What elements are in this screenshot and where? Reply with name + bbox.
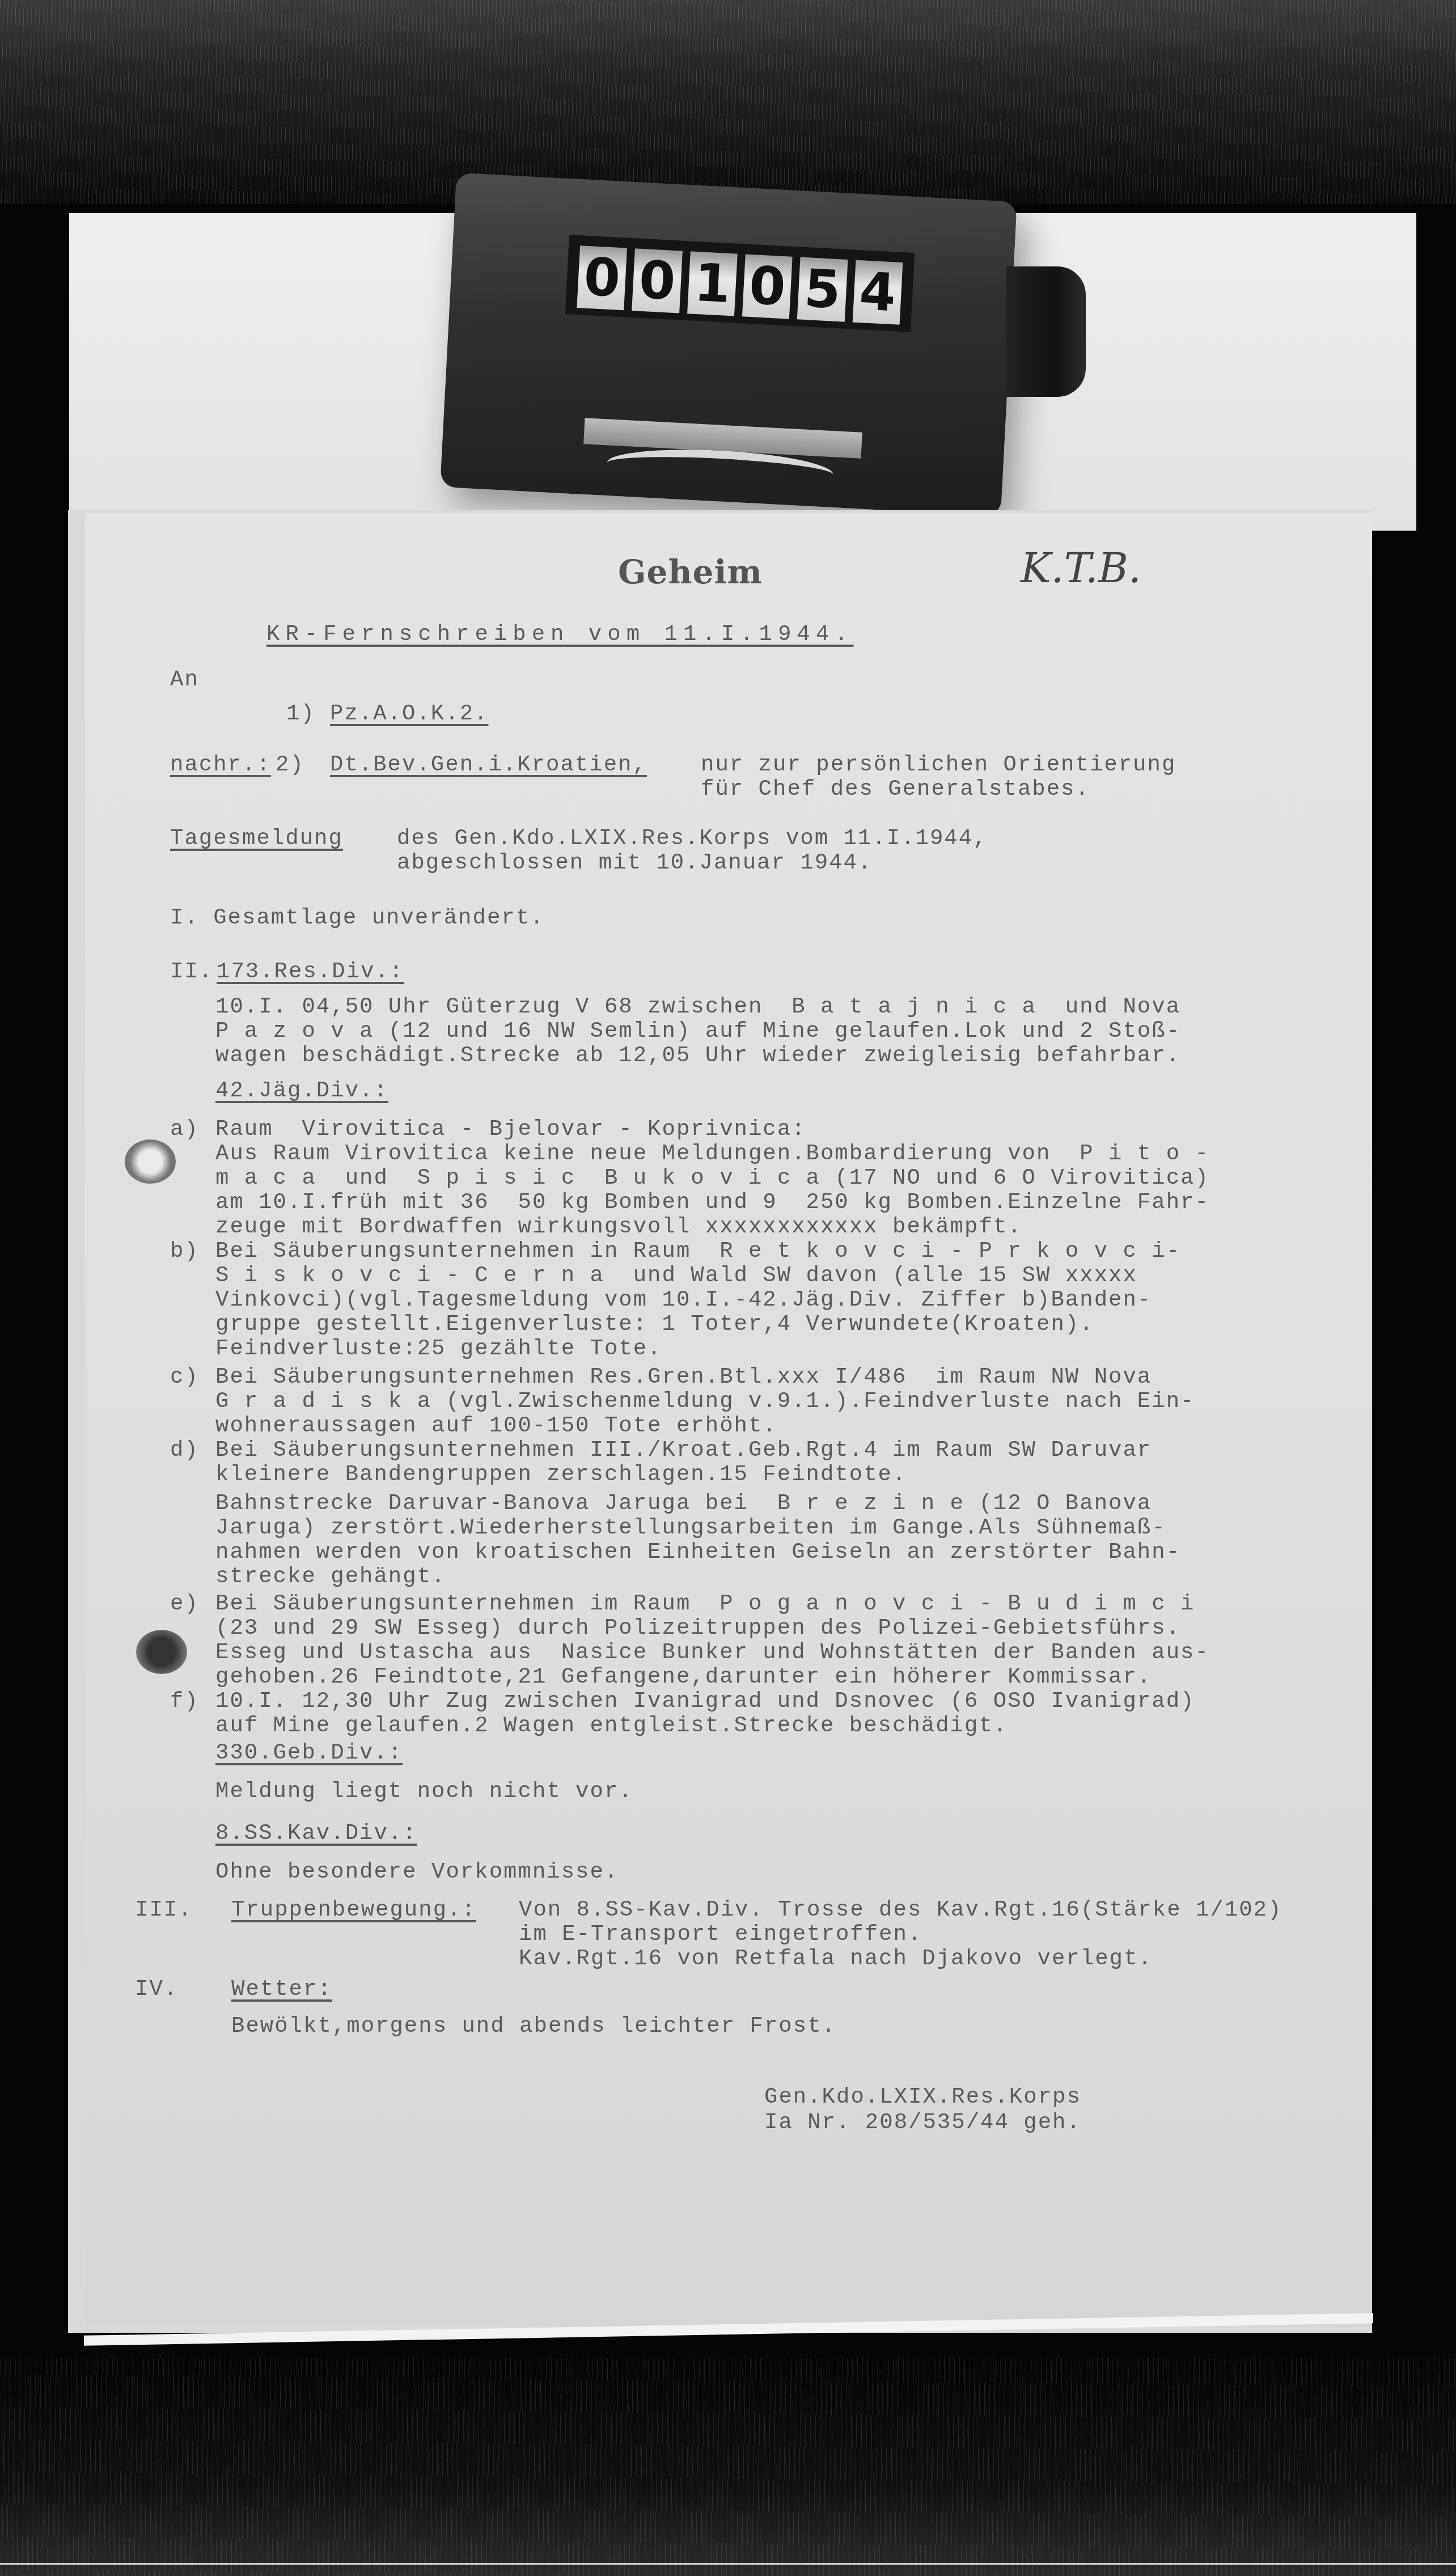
item-line: S i s k o v c i - C e r n a und Wald SW … — [215, 1265, 1137, 1287]
item-label: f) — [170, 1690, 199, 1713]
division-173-line: wagen beschädigt.Strecke ab 12,05 Uhr wi… — [215, 1045, 1180, 1067]
division-8ss-heading: 8.SS.Kav.Div.: — [215, 1823, 417, 1845]
item-line: gehoben.26 Feindtote,21 Gefangene,darunt… — [215, 1666, 1152, 1688]
document-title: KR-Fernschreiben vom 11.I.1944. — [266, 624, 854, 646]
punch-hole — [125, 1139, 176, 1184]
counter-digit: 4 — [852, 260, 903, 325]
counter-digit: 0 — [577, 245, 627, 310]
section-3-line: Von 8.SS-Kav.Div. Trosse des Kav.Rgt.16(… — [519, 1899, 1282, 1921]
section-2-number: II. — [170, 961, 213, 983]
item-line: am 10.I.früh mit 36 50 kg Bomben und 9 2… — [215, 1192, 1209, 1214]
item-line: zeuge mit Bordwaffen wirkungsvoll xxxxxx… — [215, 1216, 1022, 1238]
item-label: a) — [170, 1118, 199, 1141]
addressee-label: An — [170, 669, 199, 691]
report-label: Tagesmeldung — [170, 828, 343, 850]
item-line: Bei Säuberungsunternehmen III./Kroat.Geb… — [215, 1439, 1152, 1461]
section-1: I. Gesamtlage unverändert. — [170, 907, 545, 929]
item-line: Jaruga) zerstört.Wiederherstellungsarbei… — [215, 1517, 1166, 1539]
item-label: c) — [170, 1366, 199, 1388]
counter-digit: 1 — [687, 251, 738, 316]
division-173-line: P a z o v a (12 und 16 NW Semlin) auf Mi… — [215, 1020, 1180, 1043]
item-line: (23 und 29 SW Esseg) durch Polizeitruppe… — [215, 1617, 1180, 1639]
document-page: Geheim K.T.B. KR-Fernschreiben vom 11.I.… — [85, 513, 1372, 2327]
division-173-heading: 173.Res.Div.: — [217, 961, 404, 983]
recipient-2-name: Dt.Bev.Gen.i.Kroatien, — [330, 754, 647, 776]
item-line: kleinere Bandengruppen zerschlagen.15 Fe… — [215, 1464, 907, 1486]
section-3-label: Truppenbewegung.: — [231, 1899, 476, 1921]
item-line: nahmen werden von kroatischen Einheiten … — [215, 1541, 1180, 1564]
counter-digit: 0 — [632, 248, 683, 313]
handwritten-note: K.T.B. — [1021, 544, 1141, 592]
recipient-2-note: nur zur persönlichen Orientierung — [701, 754, 1176, 776]
recipient-1-number: 1) — [286, 703, 315, 725]
division-173-line: 10.I. 04,50 Uhr Güterzug V 68 zwischen B… — [215, 996, 1180, 1018]
item-line: strecke gehängt. — [215, 1566, 446, 1588]
weather-text: Bewölkt,morgens und abends leichter Fros… — [231, 2015, 836, 2037]
item-line: Bei Säuberungsunternehmen Res.Gren.Btl.x… — [215, 1366, 1152, 1388]
item-line: Bei Säuberungsunternehmen im Raum P o g … — [215, 1593, 1195, 1615]
film-border-top — [0, 0, 1456, 204]
film-border-bottom — [0, 2358, 1456, 2576]
section-3-line: Kav.Rgt.16 von Retfala nach Djakovo verl… — [519, 1948, 1153, 1970]
punch-hole — [136, 1630, 187, 1674]
report-line: abgeschlossen mit 10.Januar 1944. — [397, 852, 872, 874]
item-label: e) — [170, 1593, 199, 1615]
item-line: Bei Säuberungsunternehmen in Raum R e t … — [215, 1240, 1180, 1262]
counter-knob — [1006, 266, 1086, 397]
item-line: m a c a und S p i s i c B u k o v i c a … — [215, 1167, 1209, 1189]
item-line: Raum Virovitica - Bjelovar - Koprivnica: — [215, 1118, 806, 1141]
signature-line: Ia Nr. 208/535/44 geh. — [764, 2112, 1081, 2134]
section-3-line: im E-Transport eingetroffen. — [519, 1923, 922, 1946]
item-line: Aus Raum Virovitica keine neue Meldungen… — [215, 1143, 1209, 1165]
classification-stamp: Geheim — [618, 553, 763, 591]
division-8ss-text: Ohne besondere Vorkommnisse. — [215, 1861, 619, 1883]
recipient-2-note: für Chef des Generalstabes. — [701, 778, 1090, 800]
item-line: Feindverluste:25 gezählte Tote. — [215, 1338, 662, 1360]
section-4-label: Wetter: — [231, 1978, 332, 2001]
recipient-1-name: Pz.A.O.K.2. — [330, 703, 488, 725]
item-line: Esseg und Ustascha aus Nasice Bunker und… — [215, 1642, 1209, 1664]
item-label: d) — [170, 1439, 199, 1461]
signature-line: Gen.Kdo.LXIX.Res.Korps — [764, 2086, 1081, 2108]
item-line: gruppe gestellt.Eigenverluste: 1 Toter,4… — [215, 1314, 1094, 1336]
item-line: Vinkovci)(vgl.Tagesmeldung vom 10.I.-42.… — [215, 1289, 1152, 1311]
item-line: G r a d i s k a (vgl.Zwischenmeldung v.9… — [215, 1391, 1195, 1413]
item-line: auf Mine gelaufen.2 Wagen entgleist.Stre… — [215, 1715, 1008, 1737]
item-line: wohneraussagen auf 100-150 Tote erhöht. — [215, 1415, 777, 1437]
counter-digit: 5 — [797, 257, 848, 322]
section-4-number: IV. — [135, 1978, 178, 2001]
item-label: b) — [170, 1240, 199, 1262]
recipient-2-prefix: nachr.: — [170, 754, 271, 776]
section-3-number: III. — [135, 1899, 193, 1921]
division-330-text: Meldung liegt noch nicht vor. — [215, 1781, 633, 1803]
division-42-heading: 42.Jäg.Div.: — [215, 1080, 388, 1102]
counter-digit: 0 — [742, 254, 793, 319]
report-line: des Gen.Kdo.LXIX.Res.Korps vom 11.I.1944… — [397, 828, 988, 850]
division-330-heading: 330.Geb.Div.: — [215, 1742, 403, 1764]
item-line: 10.I. 12,30 Uhr Zug zwischen Ivanigrad u… — [215, 1690, 1195, 1713]
frame-counter-device: 0 0 1 0 5 4 — [448, 187, 1015, 505]
item-line: Bahnstrecke Daruvar-Banova Jaruga bei B … — [215, 1493, 1152, 1515]
recipient-2-number: 2) — [276, 754, 304, 776]
